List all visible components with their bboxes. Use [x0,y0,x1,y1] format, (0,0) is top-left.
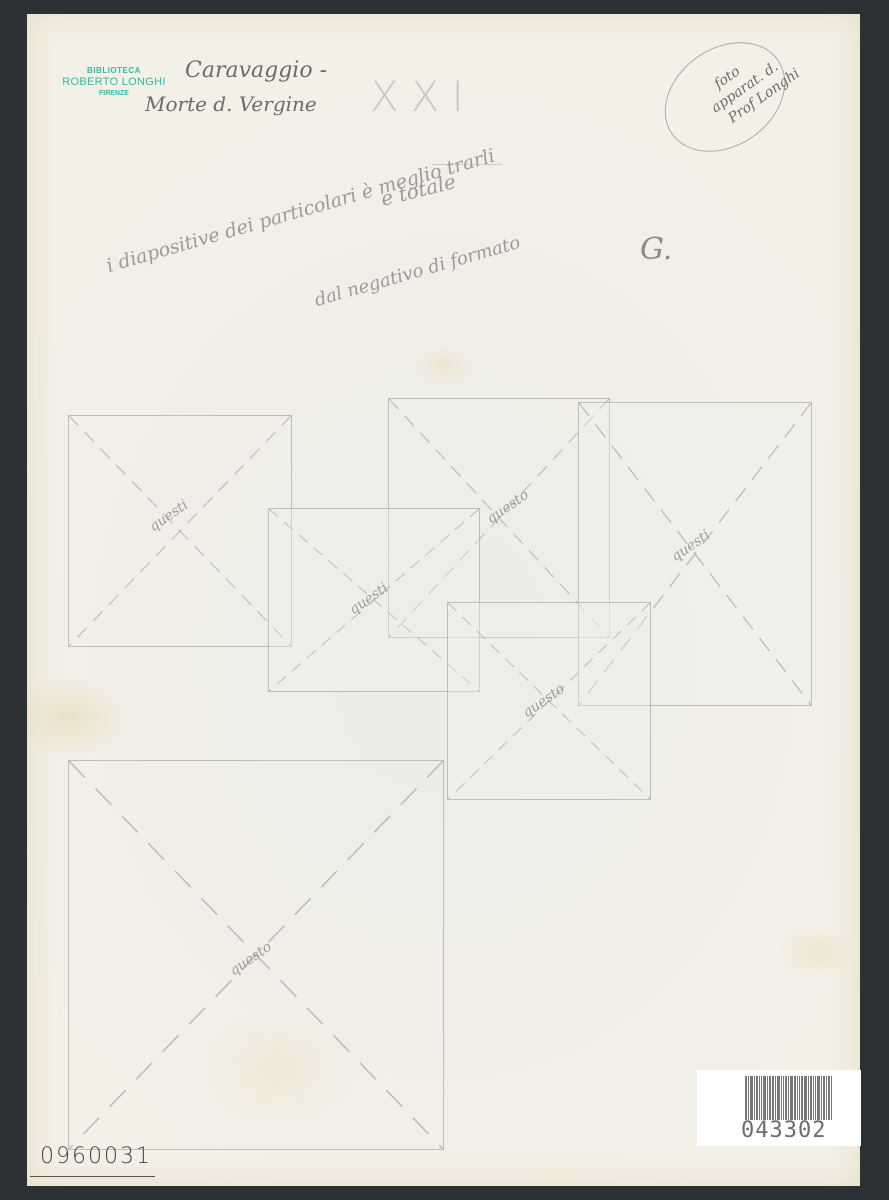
stamp-line-2: ROBERTO LONGHI [50,76,178,90]
roman-numeral: XXI [370,72,476,121]
inventory-underline [30,1176,155,1177]
stamp-line-1: BIBLIOTECA [50,66,178,76]
barcode-label: 043302 [697,1070,861,1146]
title-note-line-1: Caravaggio - [185,58,327,83]
inventory-number: 0960031 [40,1144,152,1169]
crop-box-6: questo [68,760,444,1150]
barcode-bars [745,1076,848,1120]
barcode-number: 043302 [741,1118,826,1143]
crop-box-5: questo [447,602,651,800]
title-note-line-2: Morte d. Vergine [145,92,317,116]
crop-box-1: questi [68,415,292,647]
instruction-initial: G. [640,232,672,267]
